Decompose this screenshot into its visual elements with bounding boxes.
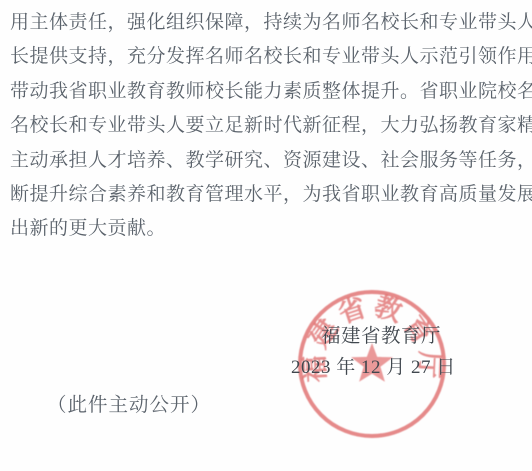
- body-line-4: 名校长和专业带头人要立足新时代新征程，大力弘扬教育家精神，: [10, 109, 525, 143]
- body-line-1: 用主体责任，强化组织保障，持续为名师名校长和专业带头人成: [10, 6, 525, 40]
- body-line-7: 出新的更大贡献。: [10, 212, 525, 246]
- body-line-3: 带动我省职业教育教师校长能力素质整体提升。省职业院校名师: [10, 75, 525, 109]
- body-line-2: 长提供支持，充分发挥名师名校长和专业带头人示范引领作用，: [10, 40, 525, 74]
- disclosure-note: （此件主动公开）: [47, 389, 211, 417]
- document-page: 用主体责任，强化组织保障，持续为名师名校长和专业带头人成 长提供支持，充分发挥名…: [0, 0, 532, 471]
- body-line-5: 主动承担人才培养、教学研究、资源建设、社会服务等任务，不: [10, 144, 525, 178]
- body-line-6: 断提升综合素养和教育管理水平，为我省职业教育高质量发展作: [10, 178, 525, 212]
- signature-date: 2023 年 12 月 27 日: [291, 352, 461, 379]
- signature-org: 福建省教育厅: [321, 320, 441, 348]
- document-body: 用主体责任，强化组织保障，持续为名师名校长和专业带头人成 长提供支持，充分发挥名…: [10, 6, 525, 247]
